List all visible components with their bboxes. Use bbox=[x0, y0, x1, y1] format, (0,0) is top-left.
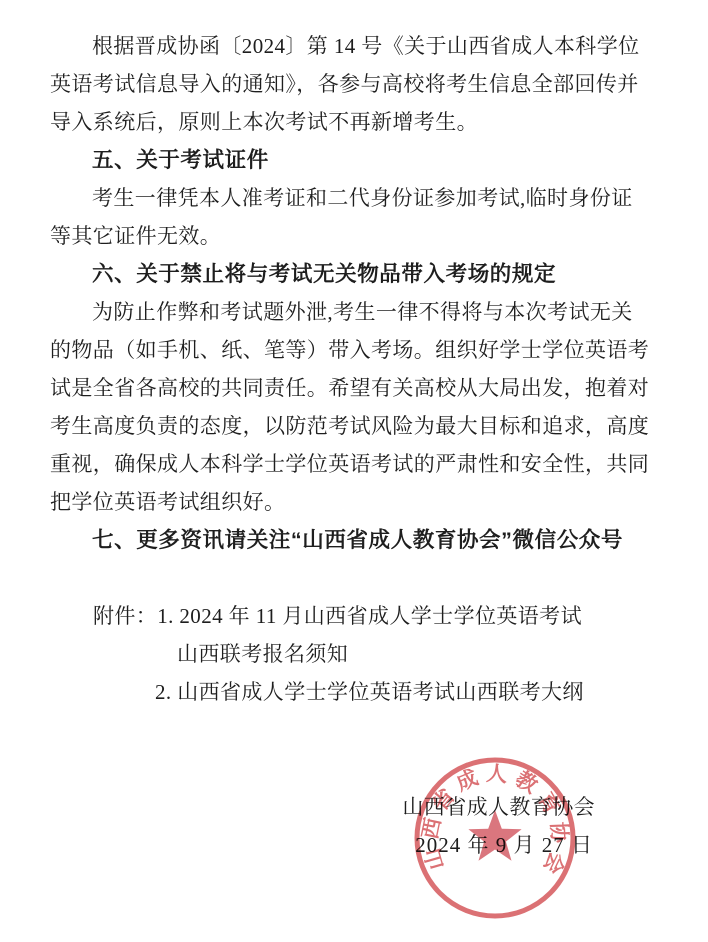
body-line: 根据晋成协函〔2024〕第 14 号《关于山西省成人本科学位 bbox=[50, 27, 650, 65]
body-line: 导入系统后，原则上本次考试不再新增考生。 bbox=[50, 103, 650, 141]
official-seal: 山西省成人教育协会 bbox=[410, 753, 580, 923]
seal-star-icon bbox=[468, 810, 521, 861]
attachment-line-3: 2. 山西省成人学士学位英语考试山西联考大纲 bbox=[155, 673, 650, 711]
section-heading-6: 六、关于禁止将与考试无关物品带入考场的规定 bbox=[50, 255, 650, 293]
body-line: 重视，确保成人本科学士学位英语考试的严肃性和安全性，共同 bbox=[50, 445, 650, 483]
section-heading-5: 五、关于考试证件 bbox=[50, 141, 650, 179]
section-heading-7: 七、更多资讯请关注“山西省成人教育协会”微信公众号 bbox=[50, 521, 650, 559]
body-line: 把学位英语考试组织好。 bbox=[50, 483, 650, 521]
attachment-line-2: 山西联考报名须知 bbox=[177, 635, 650, 673]
body-line: 等其它证件无效。 bbox=[50, 217, 650, 255]
body-line: 试是全省各高校的共同责任。希望有关高校从大局出发，抱着对 bbox=[50, 369, 650, 407]
body-line: 考生一律凭本人准考证和二代身份证参加考试,临时身份证 bbox=[50, 179, 650, 217]
blank-line bbox=[50, 559, 650, 597]
document-page: 根据晋成协函〔2024〕第 14 号《关于山西省成人本科学位 英语考试信息导入的… bbox=[0, 0, 708, 942]
body-line: 为防止作弊和考试题外泄,考生一律不得将与本次考试无关 bbox=[50, 293, 650, 331]
notice-body: 根据晋成协函〔2024〕第 14 号《关于山西省成人本科学位 英语考试信息导入的… bbox=[50, 27, 650, 864]
body-line: 考生高度负责的态度，以防范考试风险为最大目标和追求，高度 bbox=[50, 407, 650, 445]
body-line: 英语考试信息导入的通知》，各参与高校将考生信息全部回传并 bbox=[50, 65, 650, 103]
body-line: 的物品（如手机、纸、笔等）带入考场。组织好学士学位英语考 bbox=[50, 331, 650, 369]
attachment-line-1: 附件：1. 2024 年 11 月山西省成人学士学位英语考试 bbox=[93, 597, 650, 635]
